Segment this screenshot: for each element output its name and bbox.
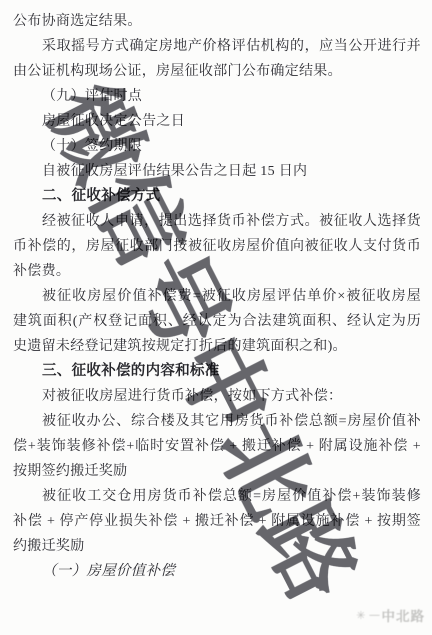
text-line: 史遗留未经登记建筑按规定打折后的建筑面积之和)。	[13, 334, 421, 359]
text-line: 经被征收人申请，提出选择货币补偿方式。被征收人选择货	[13, 209, 421, 234]
text-line: 被征收房屋价值补偿费=被征收房屋评估单价×被征收房屋	[13, 284, 421, 309]
text-line: 币补偿的，房屋征收部门按被征收房屋价值向被征收人支付货币	[13, 234, 421, 259]
text-line: 被征收办公、综合楼及其它用房货币补偿总额=房屋价值补	[13, 409, 421, 434]
footer-logo-icon: ✳	[356, 609, 366, 622]
text-line: 对被征收房屋进行货币补偿，按如下方式补偿：	[13, 384, 421, 409]
text-line: 建筑面积(产权登记面积、经认定为合法建筑面积、经认定为历	[13, 309, 421, 334]
text-line: 自被征收房屋评估结果公告之日起 15 日内	[13, 159, 421, 184]
scanned-document-page: 公布协商选定结果。采取摇号方式确定房地产价格评估机构的，应当公开进行并由公证机构…	[0, 0, 432, 635]
text-line: 补偿费。	[13, 259, 421, 284]
text-line: 约搬迁奖励	[13, 534, 421, 559]
text-line: 偿+装饰装修补偿+临时安置补偿 + 搬迁补偿 + 附属设施补偿 +	[13, 434, 421, 459]
text-line: 补偿 + 停产停业损失补偿 + 搬迁补偿 + 附属设施补偿 + 按期签	[13, 509, 421, 534]
text-line: 房屋征收决定公告之日	[13, 109, 421, 134]
text-line: （九）评估时点	[13, 84, 421, 109]
text-line: （十）签约期限	[13, 134, 421, 159]
text-line: 二、征收补偿方式	[13, 184, 421, 209]
footer-logo: ✳ — 中北路	[356, 605, 425, 625]
text-line: 公布协商选定结果。	[13, 9, 421, 34]
footer-logo-dash: —	[370, 610, 379, 621]
text-line: 三、征收补偿的内容和标准	[13, 359, 421, 384]
text-line: 被征收工交仓用房货币补偿总额=房屋价值补偿+装饰装修	[13, 484, 421, 509]
text-line: （一）房屋价值补偿	[13, 559, 421, 584]
document-lines: 公布协商选定结果。采取摇号方式确定房地产价格评估机构的，应当公开进行并由公证机构…	[13, 9, 421, 584]
text-line: 按期签约搬迁奖励	[13, 459, 421, 484]
text-line: 由公证机构现场公证，房屋征收部门公布确定结果。	[13, 59, 421, 84]
text-line: 采取摇号方式确定房地产价格评估机构的，应当公开进行并	[13, 34, 421, 59]
footer-logo-label: 中北路	[382, 605, 426, 625]
